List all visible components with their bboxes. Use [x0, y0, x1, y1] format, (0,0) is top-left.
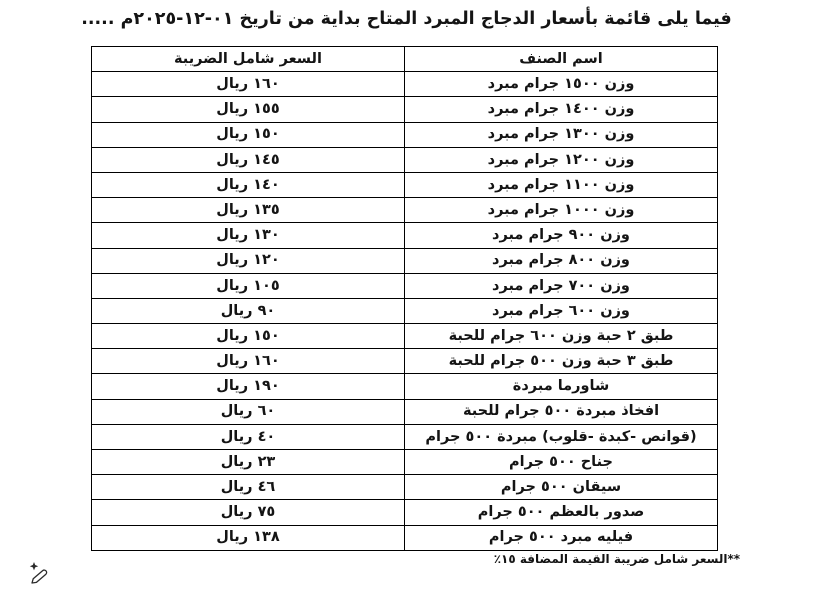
item-name-cell: افخاذ مبردة ٥٠٠ جرام للحبة [405, 399, 718, 424]
item-name-cell: وزن ٨٠٠ جرام مبرد [405, 248, 718, 273]
table-row: جناح ٥٠٠ جرام٢٣ ريال [92, 450, 718, 475]
table-row: وزن ٩٠٠ جرام مبرد١٣٠ ريال [92, 223, 718, 248]
item-name-cell: وزن ٦٠٠ جرام مبرد [405, 298, 718, 323]
item-name-cell: (قوانص -كبدة -قلوب) مبردة ٥٠٠ جرام [405, 424, 718, 449]
page-title: فيما يلى قائمة بأسعار الدجاج المبرد المت… [0, 9, 813, 29]
price-cell: ١٥٠ ريال [92, 324, 405, 349]
table-row: وزن ٦٠٠ جرام مبرد٩٠ ريال [92, 298, 718, 323]
item-name-cell: وزن ٩٠٠ جرام مبرد [405, 223, 718, 248]
document-page: { "page": { "title": "فيما يلى قائمة بأس… [0, 0, 813, 599]
table-row: شاورما مبردة١٩٠ ريال [92, 374, 718, 399]
price-cell: ١٤٠ ريال [92, 172, 405, 197]
price-cell: ١٥٠ ريال [92, 122, 405, 147]
table-row: افخاذ مبردة ٥٠٠ جرام للحبة٦٠ ريال [92, 399, 718, 424]
price-table-container: اسم الصنف السعر شامل الضريبة وزن ١٥٠٠ جر… [91, 46, 718, 551]
price-cell: ٧٥ ريال [92, 500, 405, 525]
price-cell: ٦٠ ريال [92, 399, 405, 424]
table-row: وزن ١٥٠٠ جرام مبرد١٦٠ ريال [92, 72, 718, 97]
item-name-cell: فيليه مبرد ٥٠٠ جرام [405, 525, 718, 550]
pen-sparkle-icon [24, 558, 54, 590]
table-row: طبق ٢ حبة وزن ٦٠٠ جرام للحبة١٥٠ ريال [92, 324, 718, 349]
price-cell: ١٣٥ ريال [92, 198, 405, 223]
item-name-cell: وزن ٧٠٠ جرام مبرد [405, 273, 718, 298]
table-row: صدور بالعظم ٥٠٠ جرام٧٥ ريال [92, 500, 718, 525]
price-table: اسم الصنف السعر شامل الضريبة وزن ١٥٠٠ جر… [91, 46, 718, 551]
price-cell: ١٥٥ ريال [92, 97, 405, 122]
price-cell: ١٤٥ ريال [92, 147, 405, 172]
table-row: وزن ١٠٠٠ جرام مبرد١٣٥ ريال [92, 198, 718, 223]
item-name-cell: وزن ١٣٠٠ جرام مبرد [405, 122, 718, 147]
table-row: وزن ٨٠٠ جرام مبرد١٢٠ ريال [92, 248, 718, 273]
item-name-cell: وزن ١٢٠٠ جرام مبرد [405, 147, 718, 172]
price-cell: ٤٠ ريال [92, 424, 405, 449]
price-cell: ٢٣ ريال [92, 450, 405, 475]
item-name-cell: سيقان ٥٠٠ جرام [405, 475, 718, 500]
item-name-column-header: اسم الصنف [405, 47, 718, 72]
item-name-cell: وزن ١٠٠٠ جرام مبرد [405, 198, 718, 223]
price-table-body: وزن ١٥٠٠ جرام مبرد١٦٠ ريالوزن ١٤٠٠ جرام … [92, 72, 718, 551]
item-name-cell: طبق ٢ حبة وزن ٦٠٠ جرام للحبة [405, 324, 718, 349]
table-row: (قوانص -كبدة -قلوب) مبردة ٥٠٠ جرام٤٠ ريا… [92, 424, 718, 449]
item-name-cell: وزن ١١٠٠ جرام مبرد [405, 172, 718, 197]
item-name-cell: وزن ١٥٠٠ جرام مبرد [405, 72, 718, 97]
item-name-cell: صدور بالعظم ٥٠٠ جرام [405, 500, 718, 525]
table-row: وزن ١١٠٠ جرام مبرد١٤٠ ريال [92, 172, 718, 197]
price-cell: ١٣٠ ريال [92, 223, 405, 248]
price-cell: ١٠٥ ريال [92, 273, 405, 298]
price-table-header: اسم الصنف السعر شامل الضريبة [92, 47, 718, 72]
price-column-header: السعر شامل الضريبة [92, 47, 405, 72]
vat-footnote: **السعر شامل ضريبة القيمة المضافة ١٥٪ [494, 552, 740, 566]
table-row: فيليه مبرد ٥٠٠ جرام١٣٨ ريال [92, 525, 718, 550]
table-row: وزن ١٤٠٠ جرام مبرد١٥٥ ريال [92, 97, 718, 122]
table-row: وزن ١٢٠٠ جرام مبرد١٤٥ ريال [92, 147, 718, 172]
table-row: وزن ٧٠٠ جرام مبرد١٠٥ ريال [92, 273, 718, 298]
item-name-cell: طبق ٣ حبة وزن ٥٠٠ جرام للحبة [405, 349, 718, 374]
item-name-cell: جناح ٥٠٠ جرام [405, 450, 718, 475]
item-name-cell: وزن ١٤٠٠ جرام مبرد [405, 97, 718, 122]
price-cell: ١٦٠ ريال [92, 349, 405, 374]
table-row: طبق ٣ حبة وزن ٥٠٠ جرام للحبة١٦٠ ريال [92, 349, 718, 374]
price-cell: ١٢٠ ريال [92, 248, 405, 273]
header-row: اسم الصنف السعر شامل الضريبة [92, 47, 718, 72]
price-cell: ٩٠ ريال [92, 298, 405, 323]
price-cell: ١٩٠ ريال [92, 374, 405, 399]
price-cell: ١٣٨ ريال [92, 525, 405, 550]
price-cell: ١٦٠ ريال [92, 72, 405, 97]
price-cell: ٤٦ ريال [92, 475, 405, 500]
item-name-cell: شاورما مبردة [405, 374, 718, 399]
table-row: وزن ١٣٠٠ جرام مبرد١٥٠ ريال [92, 122, 718, 147]
table-row: سيقان ٥٠٠ جرام٤٦ ريال [92, 475, 718, 500]
